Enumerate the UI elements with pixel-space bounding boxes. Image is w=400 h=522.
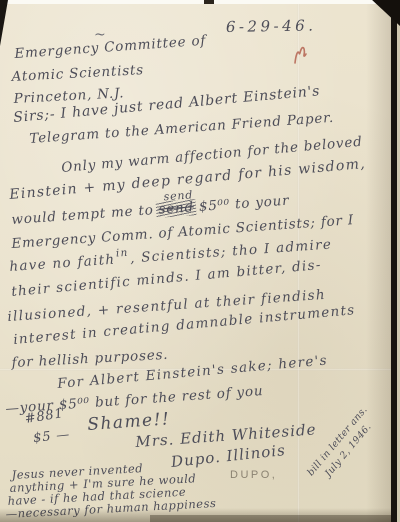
inserted-word: in <box>116 247 130 260</box>
photo-right-edge <box>391 0 397 522</box>
paper-bottom-edge <box>150 515 392 522</box>
recipient-line: Emergency Committee of <box>14 35 207 62</box>
photo-top-notch <box>204 0 214 4</box>
correction: sendsend <box>156 201 196 217</box>
inserted-word: send <box>163 189 193 202</box>
margin-amount: $5 — <box>33 428 71 445</box>
place-printed: DUPO, <box>230 470 277 481</box>
red-pencil-mark <box>292 44 314 68</box>
body-text: $5⁰⁰ to your <box>198 193 290 215</box>
letter-paper: 6-29-46. ~ Emergency Committee of Atomic… <box>0 4 392 522</box>
recipient-line: Atomic Scientists <box>11 64 144 84</box>
letter-date: 6-29-46. <box>226 18 317 35</box>
paper-right-shadow <box>366 4 392 522</box>
body-text: have no faith <box>9 252 116 275</box>
letter-photo: 6-29-46. ~ Emergency Committee of Atomic… <box>0 0 400 522</box>
body-text: would tempt me to <box>11 202 154 228</box>
